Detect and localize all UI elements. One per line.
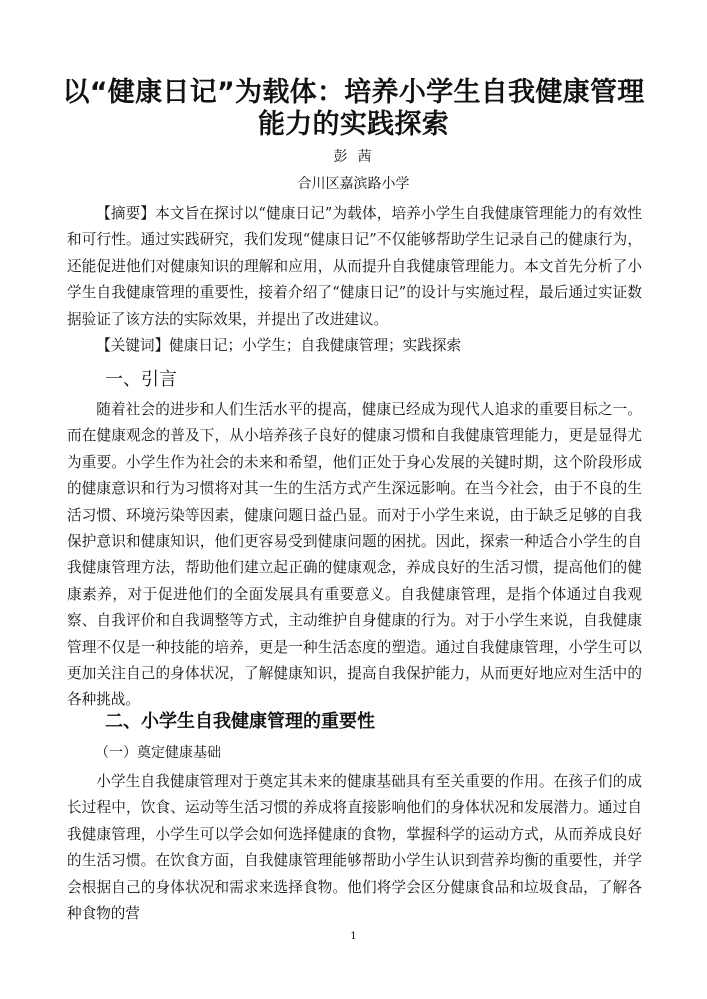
abstract: 【摘要】本文旨在探讨以“健康日记”为载体，培养小学生自我健康管理能力的有效性和可… xyxy=(67,201,642,333)
document-page: 以“健康日记”为载体：培养小学生自我健康管理 能力的实践探索 彭茜 合川区嘉滨路… xyxy=(0,0,707,999)
author-name: 彭茜 xyxy=(0,148,707,166)
keywords-label: 【关键词】 xyxy=(96,337,169,354)
section-heading-introduction: 一、引言 xyxy=(105,368,177,392)
document-title-line-2: 能力的实践探索 xyxy=(40,108,667,142)
author-affiliation: 合川区嘉滨路小学 xyxy=(0,175,707,193)
paragraph: 随着社会的进步和人们生活水平的提高，健康已经成为现代人追求的重要目标之一。而在健… xyxy=(67,397,642,714)
section-heading-importance: 二、小学生自我健康管理的重要性 xyxy=(105,710,375,734)
subsection-foundation-body: 小学生自我健康管理对于奠定其未来的健康基础具有至关重要的作用。在孩子们的成长过程… xyxy=(67,769,642,927)
subsection-heading-foundation: （一）奠定健康基础 xyxy=(95,744,221,762)
abstract-text: 本文旨在探讨以“健康日记”为载体，培养小学生自我健康管理能力的有效性和可行性。通… xyxy=(67,205,642,328)
paragraph: 小学生自我健康管理对于奠定其未来的健康基础具有至关重要的作用。在孩子们的成长过程… xyxy=(67,769,642,927)
keywords-text: 健康日记；小学生；自我健康管理；实践探索 xyxy=(169,337,461,354)
keywords: 【关键词】健康日记；小学生；自我健康管理；实践探索 xyxy=(67,333,642,359)
section-introduction-body: 随着社会的进步和人们生活水平的提高，健康已经成为现代人追求的重要目标之一。而在健… xyxy=(67,397,642,714)
document-title-line-1: 以“健康日记”为载体：培养小学生自我健康管理 xyxy=(40,76,667,110)
abstract-label: 【摘要】 xyxy=(96,205,155,222)
page-number: 1 xyxy=(0,931,707,943)
